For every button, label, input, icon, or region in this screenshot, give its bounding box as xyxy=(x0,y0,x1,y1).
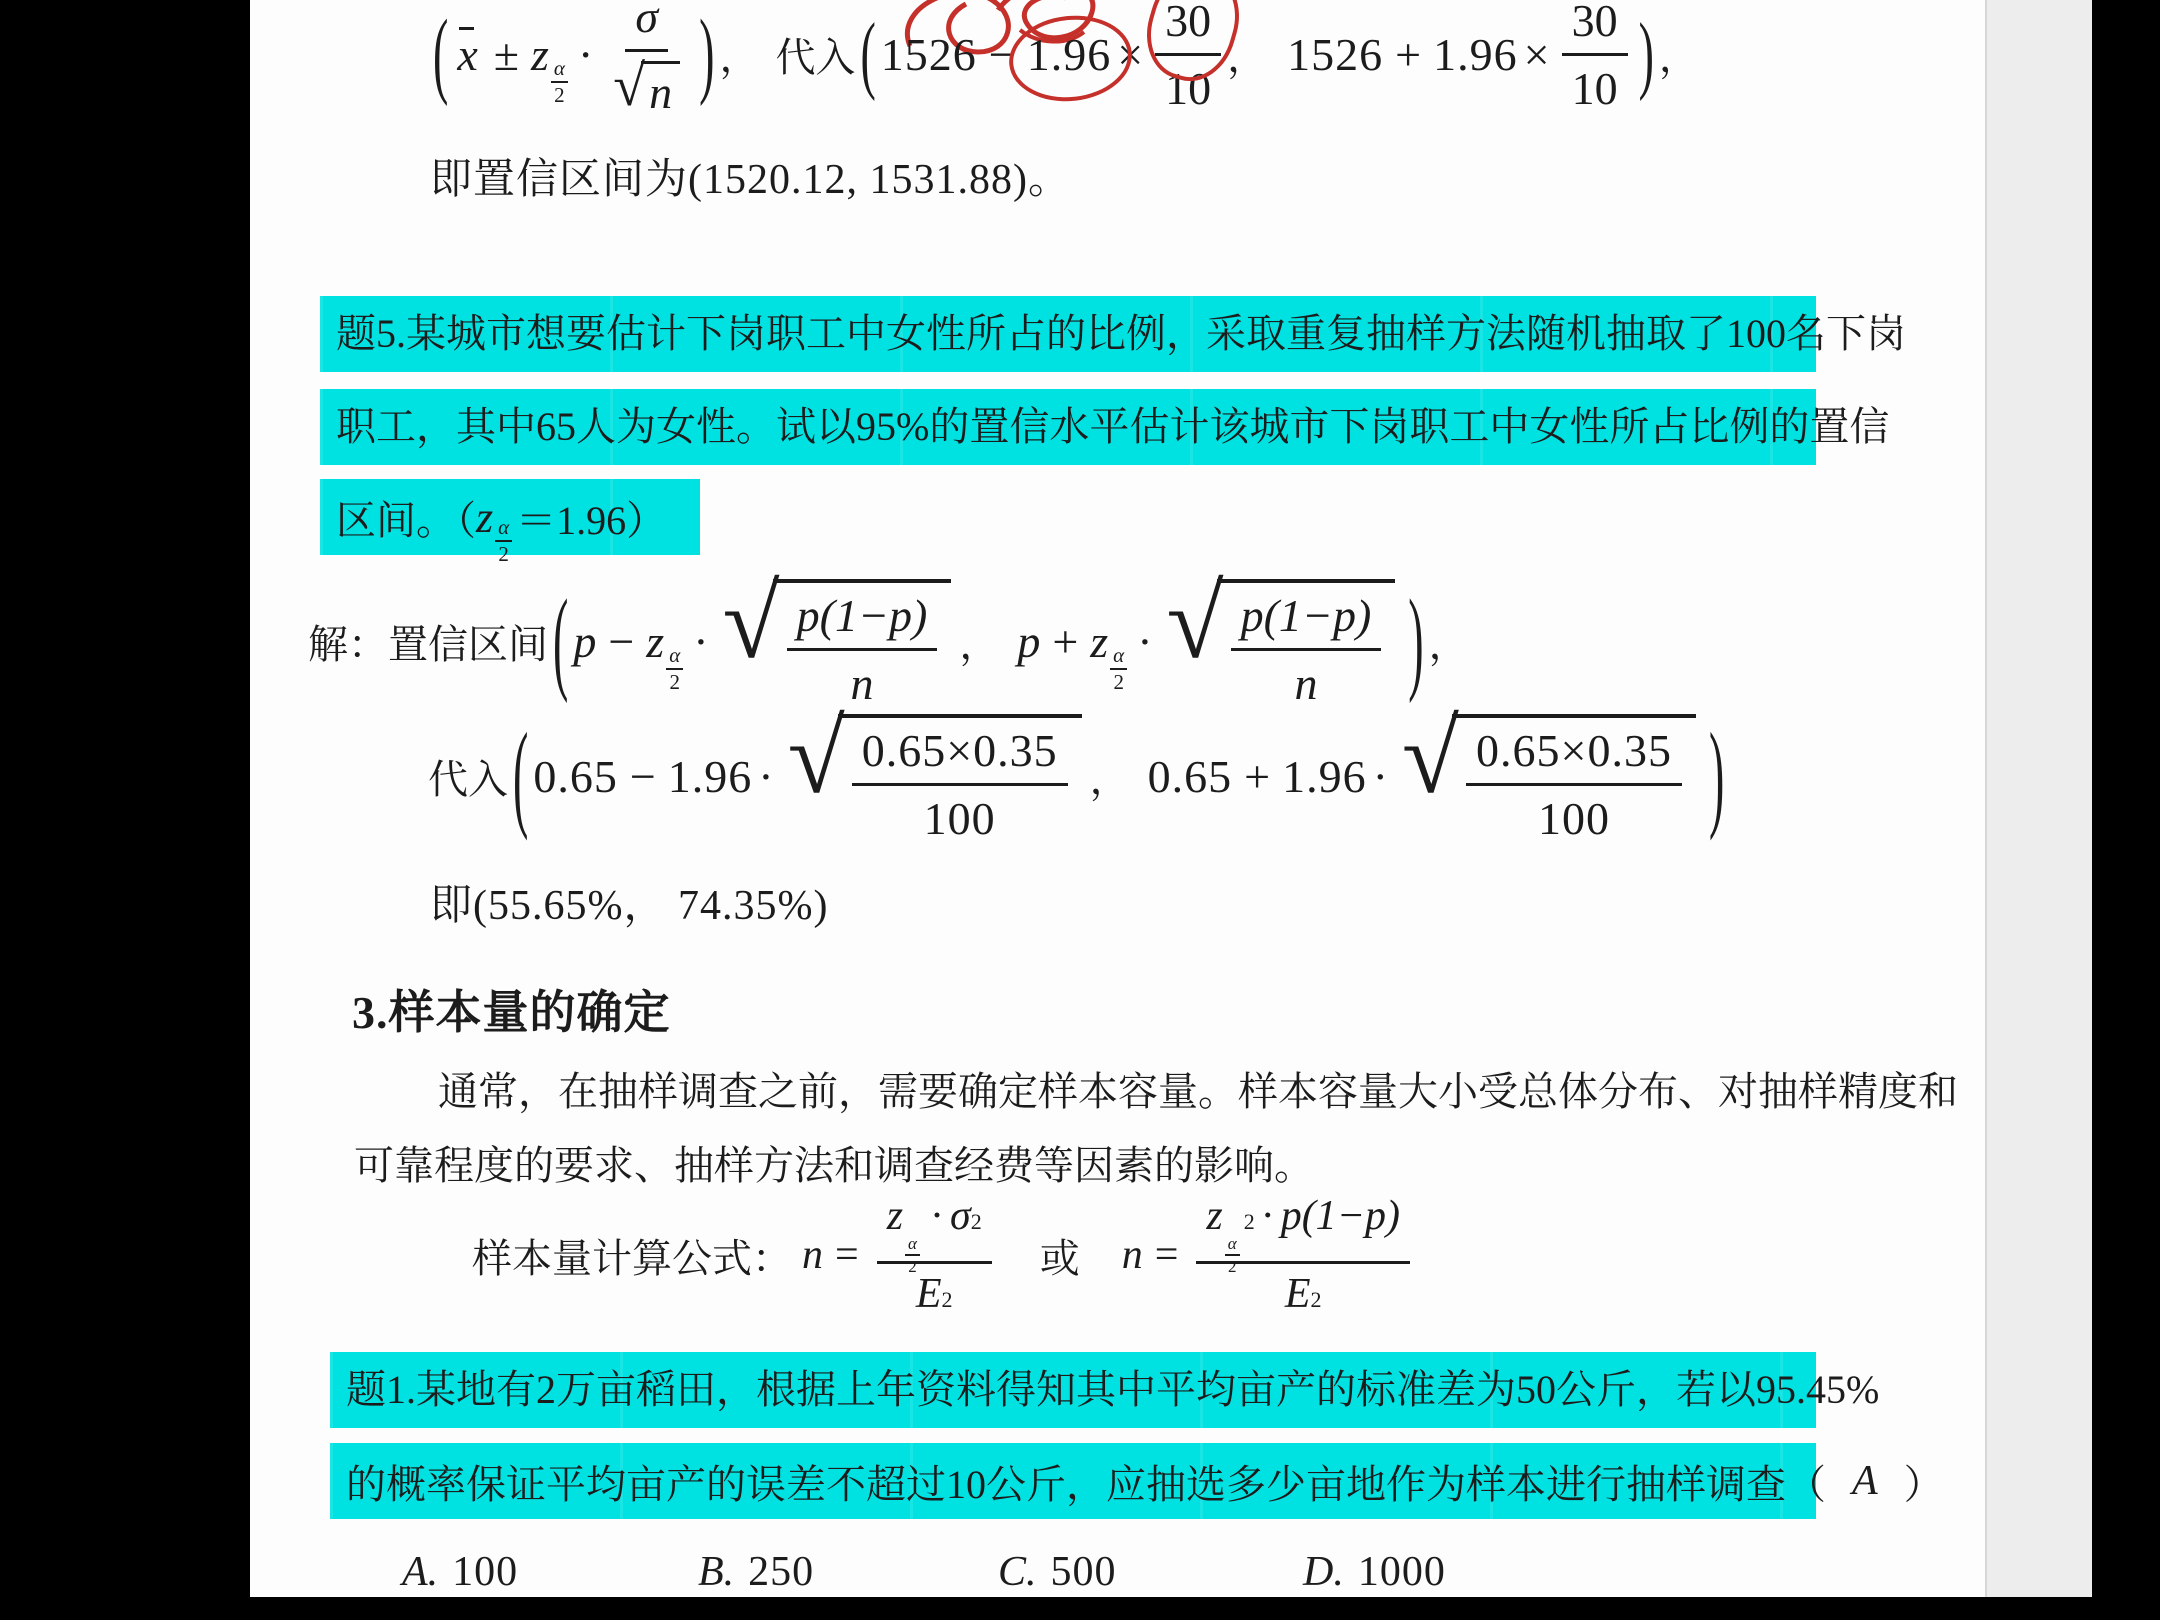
comma: ， xyxy=(959,613,999,670)
sqrt-p-term: √ p(1−p)n xyxy=(723,572,952,710)
highlight-bar: 职工，其中65人为女性。试以95%的置信水平估计该城市下岗职工中女性所占比例的置… xyxy=(320,389,1816,465)
alpha-over-two-subscript: α2 xyxy=(551,58,568,106)
n-symbol: n xyxy=(1122,1231,1143,1279)
z-symbol: z xyxy=(646,615,664,668)
page-edge-strip xyxy=(1985,0,2094,1598)
cdot-operator: · xyxy=(572,28,599,81)
z-value: 1.96 xyxy=(1433,28,1518,81)
circled-numerator: 30 xyxy=(1165,0,1211,47)
p-hat-value: 0.65 xyxy=(533,750,618,803)
solution-formula-row: 解：置信区间 ( p − z α2 · √ p(1−p)n ， p + z α2… xyxy=(308,578,1469,704)
substitution-formula-row: 代入 ( 0.65 − 1.96 · √ 0.65×0.35100 ， 0.65… xyxy=(428,706,1729,846)
options-row: A.100 B.250 C.500 D.1000 xyxy=(250,1548,1985,1597)
right-paren: ) xyxy=(1639,10,1654,97)
plus-operator: + xyxy=(1040,615,1090,668)
comma: ， xyxy=(1429,613,1469,670)
p-symbol: p xyxy=(573,615,596,668)
minus-operator: − xyxy=(618,750,668,803)
section-heading: 3.样本量的确定 xyxy=(352,976,671,1042)
proportion-sample-size-fraction: z α2 2 · p(1−p) E2 xyxy=(1196,1192,1410,1318)
right-paren: ) xyxy=(1709,716,1724,836)
z-value: 1.96 xyxy=(1282,750,1367,803)
problem1-line1: 题1.某地有2万亩稻田，根据上年资料得知其中平均亩产的标准差为50公斤，若以95… xyxy=(330,1352,1816,1428)
document-page: ( x ± z α2 · σ √n ) ， 代入 ( 1526 − 1.96 ×… xyxy=(250,0,1985,1597)
top-confidence-interval-formula: ( x ± z α2 · σ √n ) ， 代入 ( 1526 − 1.96 ×… xyxy=(428,0,1699,112)
cdot-operator: · xyxy=(687,615,714,668)
problem5-line3: 区间。（ z α2 ＝1.96） xyxy=(320,479,700,555)
comma: ， xyxy=(1227,26,1267,83)
sqrt-numeric-term: √ 0.65×0.35100 xyxy=(788,707,1082,845)
left-paren: ( xyxy=(433,6,448,103)
right-paren: ) xyxy=(699,6,714,103)
paragraph-line2: 可靠程度的要求、抽样方法和调查经费等因素的影响。 xyxy=(354,1134,1314,1191)
sigma-over-sqrt-n-fraction: σ √n xyxy=(605,0,688,119)
alpha-over-two-subscript: α2 xyxy=(905,1235,920,1275)
minus-operator: − xyxy=(596,615,646,668)
line2-prefix: 的概率保证平均亩产的误差不超过10公斤，应抽选多少亩地作为样本进行抽样调查（ xyxy=(346,1453,1826,1510)
cdot-operator: · xyxy=(752,750,779,803)
equals-operator: = xyxy=(823,1231,871,1279)
cdot-operator: · xyxy=(1367,750,1394,803)
x-bar-symbol: x xyxy=(453,28,481,81)
left-paren: ( xyxy=(553,584,568,699)
sqrt-numeric-term: √ 0.65×0.35100 xyxy=(1402,707,1696,845)
thirty-over-ten-fraction: 30 10 xyxy=(1562,0,1628,115)
option-d: D.1000 xyxy=(1303,1548,1446,1596)
line3-prefix: 区间。（ xyxy=(336,489,476,546)
right-black-bar xyxy=(2092,0,2160,1620)
problem5-line1: 题5.某城市想要估计下岗职工中女性所占的比例，采取重复抽样方法随机抽取了100名… xyxy=(320,296,1816,372)
cdot-operator: · xyxy=(1131,615,1158,668)
option-a: A.100 xyxy=(402,1548,518,1596)
variance-sample-size-fraction: z α2 · σ2 E2 xyxy=(877,1192,992,1318)
problem5-line2: 职工，其中65人为女性。试以95%的置信水平估计该城市下岗职工中女性所占比例的置… xyxy=(320,389,1816,465)
interval-result-line: 即置信区间为(1520.12, 1531.88)。 xyxy=(430,146,1071,206)
left-paren: ( xyxy=(513,716,528,836)
p-symbol: p xyxy=(1017,615,1040,668)
alpha-over-two-subscript: α2 xyxy=(1225,1235,1240,1275)
alpha-over-two-subscript: α2 xyxy=(666,645,683,693)
p-hat-value: 0.65 xyxy=(1148,750,1233,803)
comma: ， xyxy=(1659,26,1699,83)
sqrt-p-term: √ p(1−p)n xyxy=(1167,572,1396,710)
highlight-bar: 区间。（ z α2 ＝1.96） xyxy=(320,479,700,555)
highlight-bar: 的概率保证平均亩产的误差不超过10公斤，应抽选多少亩地作为样本进行抽样调查（ A… xyxy=(330,1443,1816,1519)
highlight-bar: 题5.某城市想要估计下岗职工中女性所占的比例，采取重复抽样方法随机抽取了100名… xyxy=(320,296,1816,372)
left-paren: ( xyxy=(860,10,875,97)
line3-suffix: ＝1.96） xyxy=(516,489,666,546)
answer-letter: A xyxy=(1826,1457,1904,1505)
option-b: B.250 xyxy=(698,1548,814,1596)
sample-mean-value: 1526 xyxy=(1287,28,1383,81)
option-c: C.500 xyxy=(998,1548,1117,1596)
right-paren: ) xyxy=(1408,584,1423,699)
or-label: 或 xyxy=(1040,1227,1080,1284)
z-symbol: z xyxy=(1090,615,1108,668)
alpha-over-two-subscript: α2 xyxy=(495,517,512,565)
n-symbol: n xyxy=(802,1231,823,1279)
highlight-bar: 题1.某地有2万亩稻田，根据上年资料得知其中平均亩产的标准差为50公斤，若以95… xyxy=(330,1352,1816,1428)
left-black-bar xyxy=(0,0,250,1620)
substitute-label: 代入 xyxy=(428,748,508,805)
thirty-over-ten-fraction: 30 10 xyxy=(1155,0,1221,115)
problem1-line2: 的概率保证平均亩产的误差不超过10公斤，应抽选多少亩地作为样本进行抽样调查（ A… xyxy=(330,1443,1816,1519)
equals-operator: = xyxy=(1143,1231,1191,1279)
comma: ， xyxy=(1090,748,1130,805)
substitute-label: 代入 xyxy=(775,26,855,83)
sample-size-formula-row: 样本量计算公式： n = z α2 · σ2 E2 或 n = z α2 2 ·… xyxy=(472,1205,1416,1305)
times-operator: × xyxy=(1518,28,1556,81)
line2-suffix: ） xyxy=(1904,1453,1944,1510)
plus-operator: + xyxy=(1232,750,1282,803)
bottom-black-bar xyxy=(0,1597,2160,1620)
z-symbol: z xyxy=(476,492,493,543)
z-value: 1.96 xyxy=(668,750,753,803)
screenshot-root: { "colors": {"highlight":"#00e2e2","anno… xyxy=(0,0,2160,1620)
plus-operator: + xyxy=(1383,28,1433,81)
circled-z-value: 1.96 xyxy=(1027,28,1112,81)
z-symbol: z xyxy=(531,28,549,81)
sample-mean-value: 1526 xyxy=(881,28,977,81)
formula-label: 样本量计算公式： xyxy=(472,1227,792,1284)
alpha-over-two-subscript: α2 xyxy=(1110,645,1127,693)
times-operator: × xyxy=(1111,28,1149,81)
percentage-result-line: 即(55.65%， 74.35%) xyxy=(430,872,828,932)
minus-operator: − xyxy=(977,28,1027,81)
plus-minus-operator: ± xyxy=(482,28,531,81)
solution-label: 解：置信区间 xyxy=(308,613,548,670)
paragraph-line1: 通常，在抽样调查之前，需要确定样本容量。样本容量大小受总体分布、对抽样精度和 xyxy=(438,1060,1958,1117)
comma: ， xyxy=(719,26,759,83)
